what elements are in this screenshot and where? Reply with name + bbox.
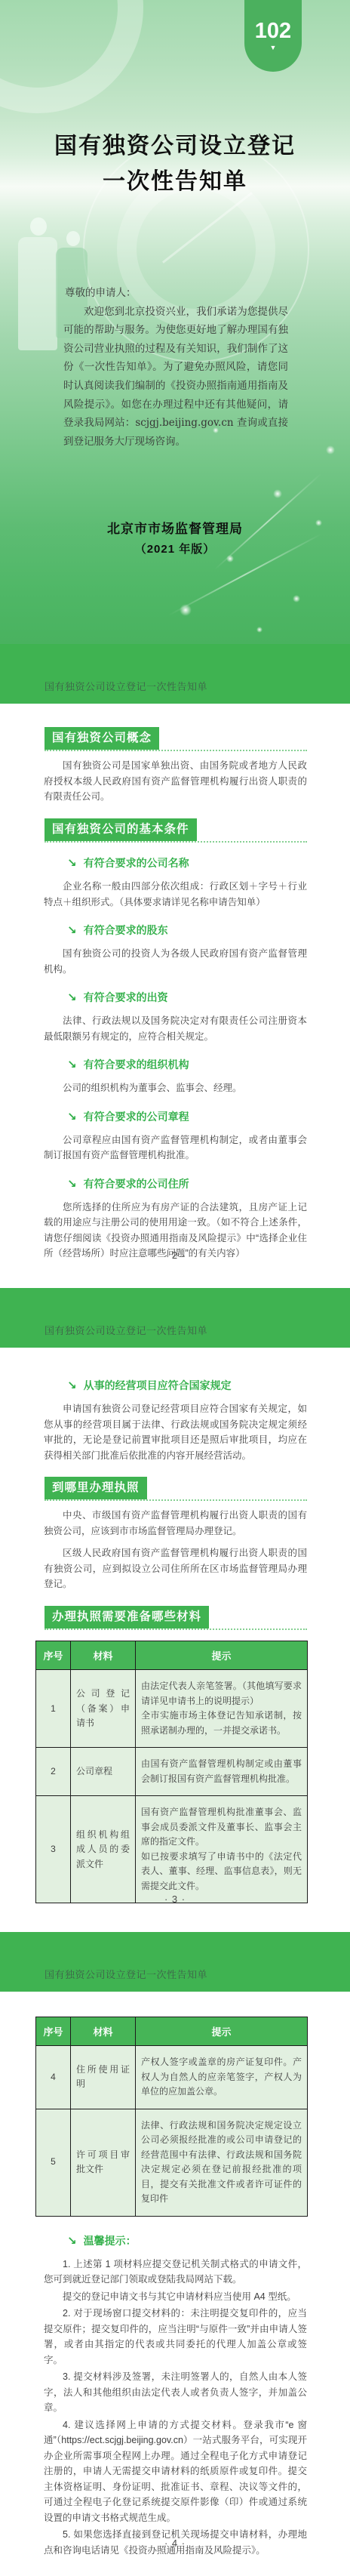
subsection-arrow-icon: ↘ — [67, 991, 77, 1004]
section-heading-where: 到哪里办理执照 — [45, 1477, 307, 1501]
person-silhouette — [30, 217, 47, 236]
subsection-heading-tips: ↘温馨提示： — [67, 2233, 307, 2248]
page-number: · 2 · — [0, 1249, 350, 1261]
cell-material: 住所使用证明 — [71, 2046, 136, 2109]
sparkle — [180, 604, 192, 616]
letter-body: 欢迎您到北京投资兴业，我们承诺为您提供尽可能的帮助与服务。为使您更好地了解办理国… — [63, 303, 288, 451]
edition-label: （2021 年版） — [0, 541, 350, 556]
cover-page: 102 ▼ 国有独资公司设立登记 一次性告知单 尊敬的申请人： 欢迎您到北京投资… — [0, 0, 350, 644]
subsection-arrow-icon: ↘ — [67, 1058, 77, 1071]
tip-paragraph: 3. 提交材料涉及签署，未注明签署人的，自然人由本人签字，法人和其他组织由法定代… — [44, 2369, 307, 2416]
subsection-arrow-icon: ↘ — [67, 924, 77, 937]
column-header-no: 序号 — [36, 1641, 71, 1670]
column-header-tip: 提示 — [136, 2017, 308, 2046]
body-paragraph: 申请国有独资公司登记经营项目应符合国家有关规定，如您从事的经营项目属于法律、行政… — [44, 1401, 307, 1463]
subsection-title: 温馨提示： — [84, 2235, 137, 2247]
subsection-heading: ↘从事的经营项目应符合国家规定 — [67, 1378, 307, 1393]
subsection-heading: ↘有符合要求的公司名称 — [67, 855, 307, 870]
subsection-title: 有符合要求的出资 — [84, 991, 168, 1003]
tip-paragraph: 1. 上述第 1 项材料应提交登记机关制式格式的申请文件，您可到就近登记部门领取… — [44, 2257, 307, 2288]
body-paragraph: 企业名称一般由四部分依次组成：行政区划＋字号＋行业特点＋组织形式。（具体要求请详… — [44, 879, 307, 910]
cell-tip: 产权人签字或盖章的房产证复印件。产权人为自然人的应亲笔签字，产权人为单位的应加盖… — [136, 2046, 308, 2109]
tip-paragraph: 2. 对于现场窗口提交材料的：未注明提交复印件的，应当提交原件；提交复印件的，应… — [44, 2306, 307, 2368]
column-header-no: 序号 — [36, 2017, 71, 2046]
column-header-tip: 提示 — [136, 1641, 308, 1670]
body-paragraph: 国有独资公司的投资人为各级人民政府国有资产监督管理机构。 — [44, 946, 307, 977]
cover-title: 国有独资公司设立登记 一次性告知单 — [0, 128, 350, 199]
subsection-heading: ↘有符合要求的股东 — [67, 923, 307, 938]
body-paragraph: 区级人民政府国有资产监督管理机构履行出资人职责的国有独资公司，应到拟设立公司住所… — [44, 1545, 307, 1592]
running-header: 国有独资公司设立登记一次性告知单 — [0, 1288, 350, 1348]
sparkle — [256, 627, 262, 633]
subsection-title: 有符合要求的公司住所 — [84, 1178, 189, 1190]
table-row: 3 组织机构组成人员的委派文件 国有资产监督管理机构批准董事会、监事会成员委派文… — [36, 1796, 308, 1903]
table-row: 4 住所使用证明 产权人签字或盖章的房产证复印件。产权人为自然人的应亲笔签字，产… — [36, 2046, 308, 2109]
table-header-row: 序号 材料 提示 — [36, 2017, 308, 2046]
column-header-material: 材料 — [71, 2017, 136, 2046]
body-paragraph: 国有独资公司是国家单独出资、由国务院或者地方人民政府授权本级人民政府国有资产监督… — [44, 758, 307, 805]
subsection-title: 有符合要求的组织机构 — [84, 1058, 189, 1071]
running-header-title: 国有独资公司设立登记一次性告知单 — [45, 1967, 207, 1981]
content-page-4: 国有独资公司设立登记一次性告知单 序号 材料 提示 4 住所使用证明 产权人签字… — [0, 1932, 350, 2576]
agency-name: 北京市市场监督管理局 — [0, 518, 350, 537]
page-number: · 4 · — [0, 2537, 350, 2549]
badge-triangle-icon: ▼ — [244, 42, 302, 53]
table-header-row: 序号 材料 提示 — [36, 1641, 308, 1670]
welcome-letter: 尊敬的申请人： 欢迎您到北京投资兴业，我们承诺为您提供尽可能的帮助与服务。为使您… — [63, 284, 288, 451]
badge-number: 102 — [244, 20, 302, 42]
tip-paragraph: 4. 建议选择网上申请的方式提交材料。登录我市“e 窗通”（https://ec… — [44, 2417, 307, 2526]
body-paragraph: 中央、市级国有资产监督管理机构履行出资人职责的国有独资公司，应该到市市场监督管理… — [44, 1508, 307, 1539]
body-paragraph: 法律、行政法规以及国务院决定对有限责任公司注册资本最低限额另有规定的，应符合相关… — [44, 1013, 307, 1044]
cell-tip: 法律、行政法规和国务院决定规定设立公司必须报经批准的或公司申请登记的经营范围中有… — [136, 2109, 308, 2216]
cover-title-line2: 一次性告知单 — [0, 164, 350, 199]
section-heading-materials: 办理执照需要准备哪些材料 — [45, 1606, 307, 1630]
cell-no: 4 — [36, 2046, 71, 2109]
content-page-2: 国有独资公司设立登记一次性告知单 国有独资公司概念 国有独资公司是国家单独出资、… — [0, 644, 350, 1288]
column-header-material: 材料 — [71, 1641, 136, 1670]
cell-tip: 由法定代表人亲笔签署。（其他填写要求请详见申请书上的说明提示） 全市实施市场主体… — [136, 1670, 308, 1748]
page-number-badge: 102 ▼ — [244, 0, 302, 72]
subsection-arrow-icon: ↘ — [67, 1379, 77, 1392]
cell-no: 2 — [36, 1748, 71, 1796]
section-heading-label: 国有独资公司概念 — [45, 727, 159, 750]
decorative-ring — [0, 0, 143, 113]
sparkle — [273, 489, 282, 498]
section-heading-concept: 国有独资公司概念 — [45, 727, 307, 751]
materials-table-continued: 序号 材料 提示 4 住所使用证明 产权人签字或盖章的房产证复印件。产权人为自然… — [35, 2017, 308, 2217]
subsection-title: 从事的经营项目应符合国家规定 — [84, 1379, 232, 1391]
cell-no: 1 — [36, 1670, 71, 1748]
running-header-title: 国有独资公司设立登记一次性告知单 — [45, 1323, 207, 1337]
subsection-arrow-icon: ↘ — [67, 857, 77, 870]
content-page-3: 国有独资公司设立登记一次性告知单 ↘从事的经营项目应符合国家规定 申请国有独资公… — [0, 1288, 350, 1932]
subsection-arrow-icon: ↘ — [67, 1178, 77, 1191]
cell-material: 组织机构组成人员的委派文件 — [71, 1796, 136, 1903]
page-number: · 3 · — [0, 1893, 350, 1905]
cell-no: 5 — [36, 2109, 71, 2216]
agency-block: 北京市市场监督管理局 （2021 年版） — [0, 518, 350, 556]
materials-table: 序号 材料 提示 1 公司登记（备案）申请书 由法定代表人亲笔签署。（其他填写要… — [35, 1641, 308, 1903]
section-heading-conditions: 国有独资公司的基本条件 — [45, 818, 307, 843]
subsection-heading: ↘有符合要求的公司章程 — [67, 1109, 307, 1124]
running-header: 国有独资公司设立登记一次性告知单 — [0, 644, 350, 704]
section-heading-label: 办理执照需要准备哪些材料 — [45, 1606, 209, 1628]
cell-material: 公司章程 — [71, 1748, 136, 1796]
person-silhouette — [66, 231, 80, 246]
table-row: 2 公司章程 由国有资产监督管理机构制定或由董事会制订报国有资产监督管理机构批准… — [36, 1748, 308, 1796]
sparkle — [293, 595, 300, 602]
subsection-arrow-icon: ↘ — [67, 1111, 77, 1123]
subsection-heading: ↘有符合要求的组织机构 — [67, 1057, 307, 1072]
letter-salutation: 尊敬的申请人： — [65, 284, 288, 303]
running-header-title: 国有独资公司设立登记一次性告知单 — [45, 679, 207, 693]
cell-no: 3 — [36, 1796, 71, 1903]
document: 102 ▼ 国有独资公司设立登记 一次性告知单 尊敬的申请人： 欢迎您到北京投资… — [0, 0, 350, 2576]
cell-material: 许可项目审批文件 — [71, 2109, 136, 2216]
table-row: 5 许可项目审批文件 法律、行政法规和国务院决定规定设立公司必须报经批准的或公司… — [36, 2109, 308, 2216]
subsection-heading: ↘有符合要求的出资 — [67, 990, 307, 1005]
decorative-needle — [162, 192, 253, 263]
cover-title-line1: 国有独资公司设立登记 — [0, 128, 350, 164]
sparkle — [326, 445, 335, 454]
table-row: 1 公司登记（备案）申请书 由法定代表人亲笔签署。（其他填写要求请详见申请书上的… — [36, 1670, 308, 1748]
section-heading-label: 到哪里办理执照 — [45, 1477, 147, 1499]
section-heading-label: 国有独资公司的基本条件 — [45, 818, 197, 841]
cell-tip: 由国有资产监督管理机构制定或由董事会制订报国有资产监督管理机构批准。 — [136, 1748, 308, 1796]
body-paragraph: 公司的组织机构为董事会、监事会、经理。 — [44, 1080, 307, 1096]
running-header: 国有独资公司设立登记一次性告知单 — [0, 1932, 350, 1992]
subsection-title: 有符合要求的公司名称 — [84, 857, 189, 869]
tip-paragraph: 提交的登记申请文书与其它申请材料应当使用 A4 型纸。 — [44, 2289, 307, 2305]
subsection-arrow-icon: ↘ — [67, 2235, 77, 2248]
person-silhouette — [18, 237, 57, 350]
body-paragraph: 公司章程应由国有资产监督管理机构制定，或者由董事会制订报国有资产监督管理机构批准… — [44, 1132, 307, 1163]
cell-material: 公司登记（备案）申请书 — [71, 1670, 136, 1748]
subsection-title: 有符合要求的股东 — [84, 924, 168, 936]
subsection-title: 有符合要求的公司章程 — [84, 1111, 189, 1123]
cell-tip: 国有资产监督管理机构批准董事会、监事会成员委派文件及董事长、监事会主席的指定文件… — [136, 1796, 308, 1903]
subsection-heading: ↘有符合要求的公司住所 — [67, 1176, 307, 1191]
